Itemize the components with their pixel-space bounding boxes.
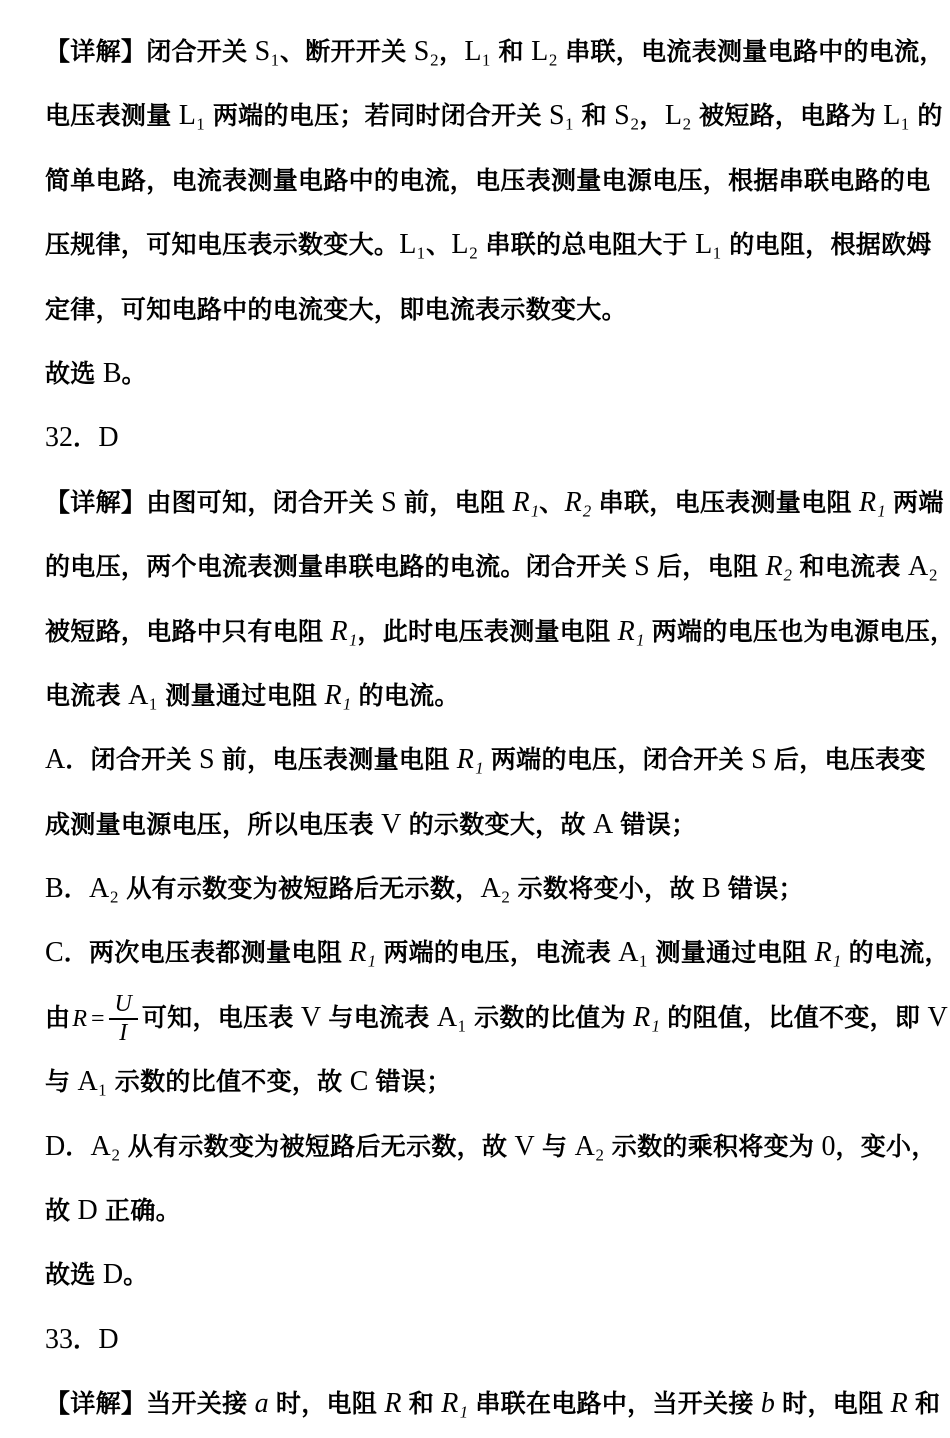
latin-token: R₁ [859, 487, 886, 518]
latin-token: D [103, 1259, 123, 1290]
latin-token: S [634, 551, 650, 582]
latin-token: 32 [45, 422, 73, 453]
latin-token: V [381, 809, 401, 840]
latin-token: S [381, 487, 397, 518]
latin-token: A [45, 744, 65, 775]
latin-token: D [45, 1131, 65, 1162]
text-line: 32．D [45, 406, 910, 470]
latin-token: A₂ [480, 873, 510, 904]
text-line: 电流表 A₁ 测量通过电阻 R₁ 的电流。 [45, 664, 910, 728]
latin-token: R₁ [633, 1002, 660, 1033]
latin-token: D [98, 422, 118, 453]
latin-token: S [199, 744, 215, 775]
latin-token: R₂ [765, 551, 792, 582]
latin-token: R₁ [618, 616, 645, 647]
latin-token: R₁ [349, 937, 376, 968]
latin-token: 0 [821, 1131, 835, 1162]
equals-sign: = [91, 987, 105, 1051]
latin-token: B [103, 358, 122, 389]
latin-token: A [593, 809, 613, 840]
text-line: 【详解】由图可知，闭合开关 S 前，电阻 R₁、R₂ 串联，电压表测量电阻 R₁… [45, 471, 910, 535]
latin-token: C [350, 1066, 369, 1097]
latin-token: V [301, 1002, 321, 1033]
latin-token: L₁ [399, 229, 426, 260]
text-line: 故 D 正确。 [45, 1179, 910, 1243]
text-line: 成测量电源电压，所以电压表 V 的示数变大，故 A 错误； [45, 793, 910, 857]
latin-token: a [255, 1388, 269, 1419]
ohms-law-formula: R=UI [72, 987, 138, 1051]
text-line: 压规律，可知电压表示数变大。L₁、L₂ 串联的总电阻大于 L₁ 的电阻，根据欧姆 [45, 213, 910, 277]
latin-token: B [702, 873, 721, 904]
text-line: 【详解】当开关接 a 时，电阻 R 和 R₁ 串联在电路中，当开关接 b 时，电… [45, 1372, 910, 1436]
text-line: 被短路，电路中只有电阻 R₁，此时电压表测量电阻 R₁ 两端的电压也为电源电压， [45, 600, 910, 664]
text-line: 定律，可知电路中的电流变大，即电流表示数变大。 [45, 278, 910, 342]
fraction-numerator: U [109, 992, 138, 1020]
latin-token: R₁ [441, 1388, 468, 1419]
latin-token: A₂ [91, 1131, 121, 1162]
text-line: A．闭合开关 S 前，电压表测量电阻 R₁ 两端的电压，闭合开关 S 后，电压表… [45, 728, 910, 792]
latin-token: D [78, 1195, 98, 1226]
latin-token: D [98, 1324, 118, 1355]
formula-lhs: R [72, 987, 87, 1051]
text-line: B．A₂ 从有示数变为被短路后无示数，A₂ 示数将变小，故 B 错误； [45, 857, 910, 921]
text-line: 【详解】闭合开关 S₁、断开开关 S₂，L₁ 和 L₂ 串联，电流表测量电路中的… [45, 20, 910, 84]
latin-token: L₁ [883, 100, 910, 131]
text-line: 由R=UI可知，电压表 V 与电流表 A₁ 示数的比值为 R₁ 的阻值，比值不变… [45, 986, 910, 1050]
latin-token: R [384, 1388, 401, 1419]
document-viewport: { "page": { "background": "#ffffff", "te… [0, 0, 950, 1438]
latin-token: L₁ [464, 36, 491, 67]
latin-token: R₁ [815, 937, 842, 968]
latin-token: A₂ [575, 1131, 605, 1162]
latin-token: S₁ [255, 36, 280, 67]
latin-token: L₁ [695, 229, 722, 260]
text-line: D．A₂ 从有示数变为被短路后无示数，故 V 与 A₂ 示数的乘积将变为 0，变… [45, 1115, 910, 1179]
latin-token: S [751, 744, 767, 775]
latin-token: R [891, 1388, 908, 1419]
latin-token: S₂ [614, 100, 639, 131]
text-line: C．两次电压表都测量电阻 R₁ 两端的电压，电流表 A₁ 测量通过电阻 R₁ 的… [45, 921, 910, 985]
document-page: 【详解】闭合开关 S₁、断开开关 S₂，L₁ 和 L₂ 串联，电流表测量电路中的… [0, 0, 950, 1438]
latin-token: A₂ [908, 551, 938, 582]
latin-token: A₁ [128, 680, 158, 711]
latin-token: V [515, 1131, 535, 1162]
latin-token: A₁ [78, 1066, 108, 1097]
latin-token: B [45, 873, 64, 904]
latin-token: S₁ [549, 100, 574, 131]
latin-token: C [45, 937, 64, 968]
text-line: 故选 B。 [45, 342, 910, 406]
text-line: 的电压，两个电流表测量串联电路的电流。闭合开关 S 后，电阻 R₂ 和电流表 A… [45, 535, 910, 599]
text-line: 33．D [45, 1308, 910, 1372]
text-line: 与 A₁ 示数的比值不变，故 C 错误； [45, 1050, 910, 1114]
fraction: UI [109, 992, 138, 1046]
document-body: 【详解】闭合开关 S₁、断开开关 S₂，L₁ 和 L₂ 串联，电流表测量电路中的… [45, 20, 910, 1437]
text-line: 简单电路，电流表测量电路中的电流，电压表测量电源电压，根据串联电路的电 [45, 149, 910, 213]
latin-token: L₂ [451, 229, 478, 260]
latin-token: V [927, 1002, 947, 1033]
latin-token: 33 [45, 1324, 73, 1355]
text-line: 故选 D。 [45, 1243, 910, 1307]
latin-token: A₁ [437, 1002, 467, 1033]
latin-token: L₂ [531, 36, 558, 67]
latin-token: S₂ [414, 36, 439, 67]
latin-token: R₁ [324, 680, 351, 711]
latin-token: R₁ [331, 616, 358, 647]
latin-token: A₂ [89, 873, 119, 904]
latin-token: b [761, 1388, 775, 1419]
fraction-denominator: I [119, 1020, 127, 1046]
latin-token: R₁ [512, 487, 539, 518]
latin-token: L₂ [665, 100, 692, 131]
text-line: 电压表测量 L₁ 两端的电压；若同时闭合开关 S₁ 和 S₂，L₂ 被短路，电路… [45, 84, 910, 148]
latin-token: A₁ [618, 937, 648, 968]
latin-token: R₂ [565, 487, 592, 518]
latin-token: L₁ [179, 100, 206, 131]
latin-token: R₁ [457, 744, 484, 775]
